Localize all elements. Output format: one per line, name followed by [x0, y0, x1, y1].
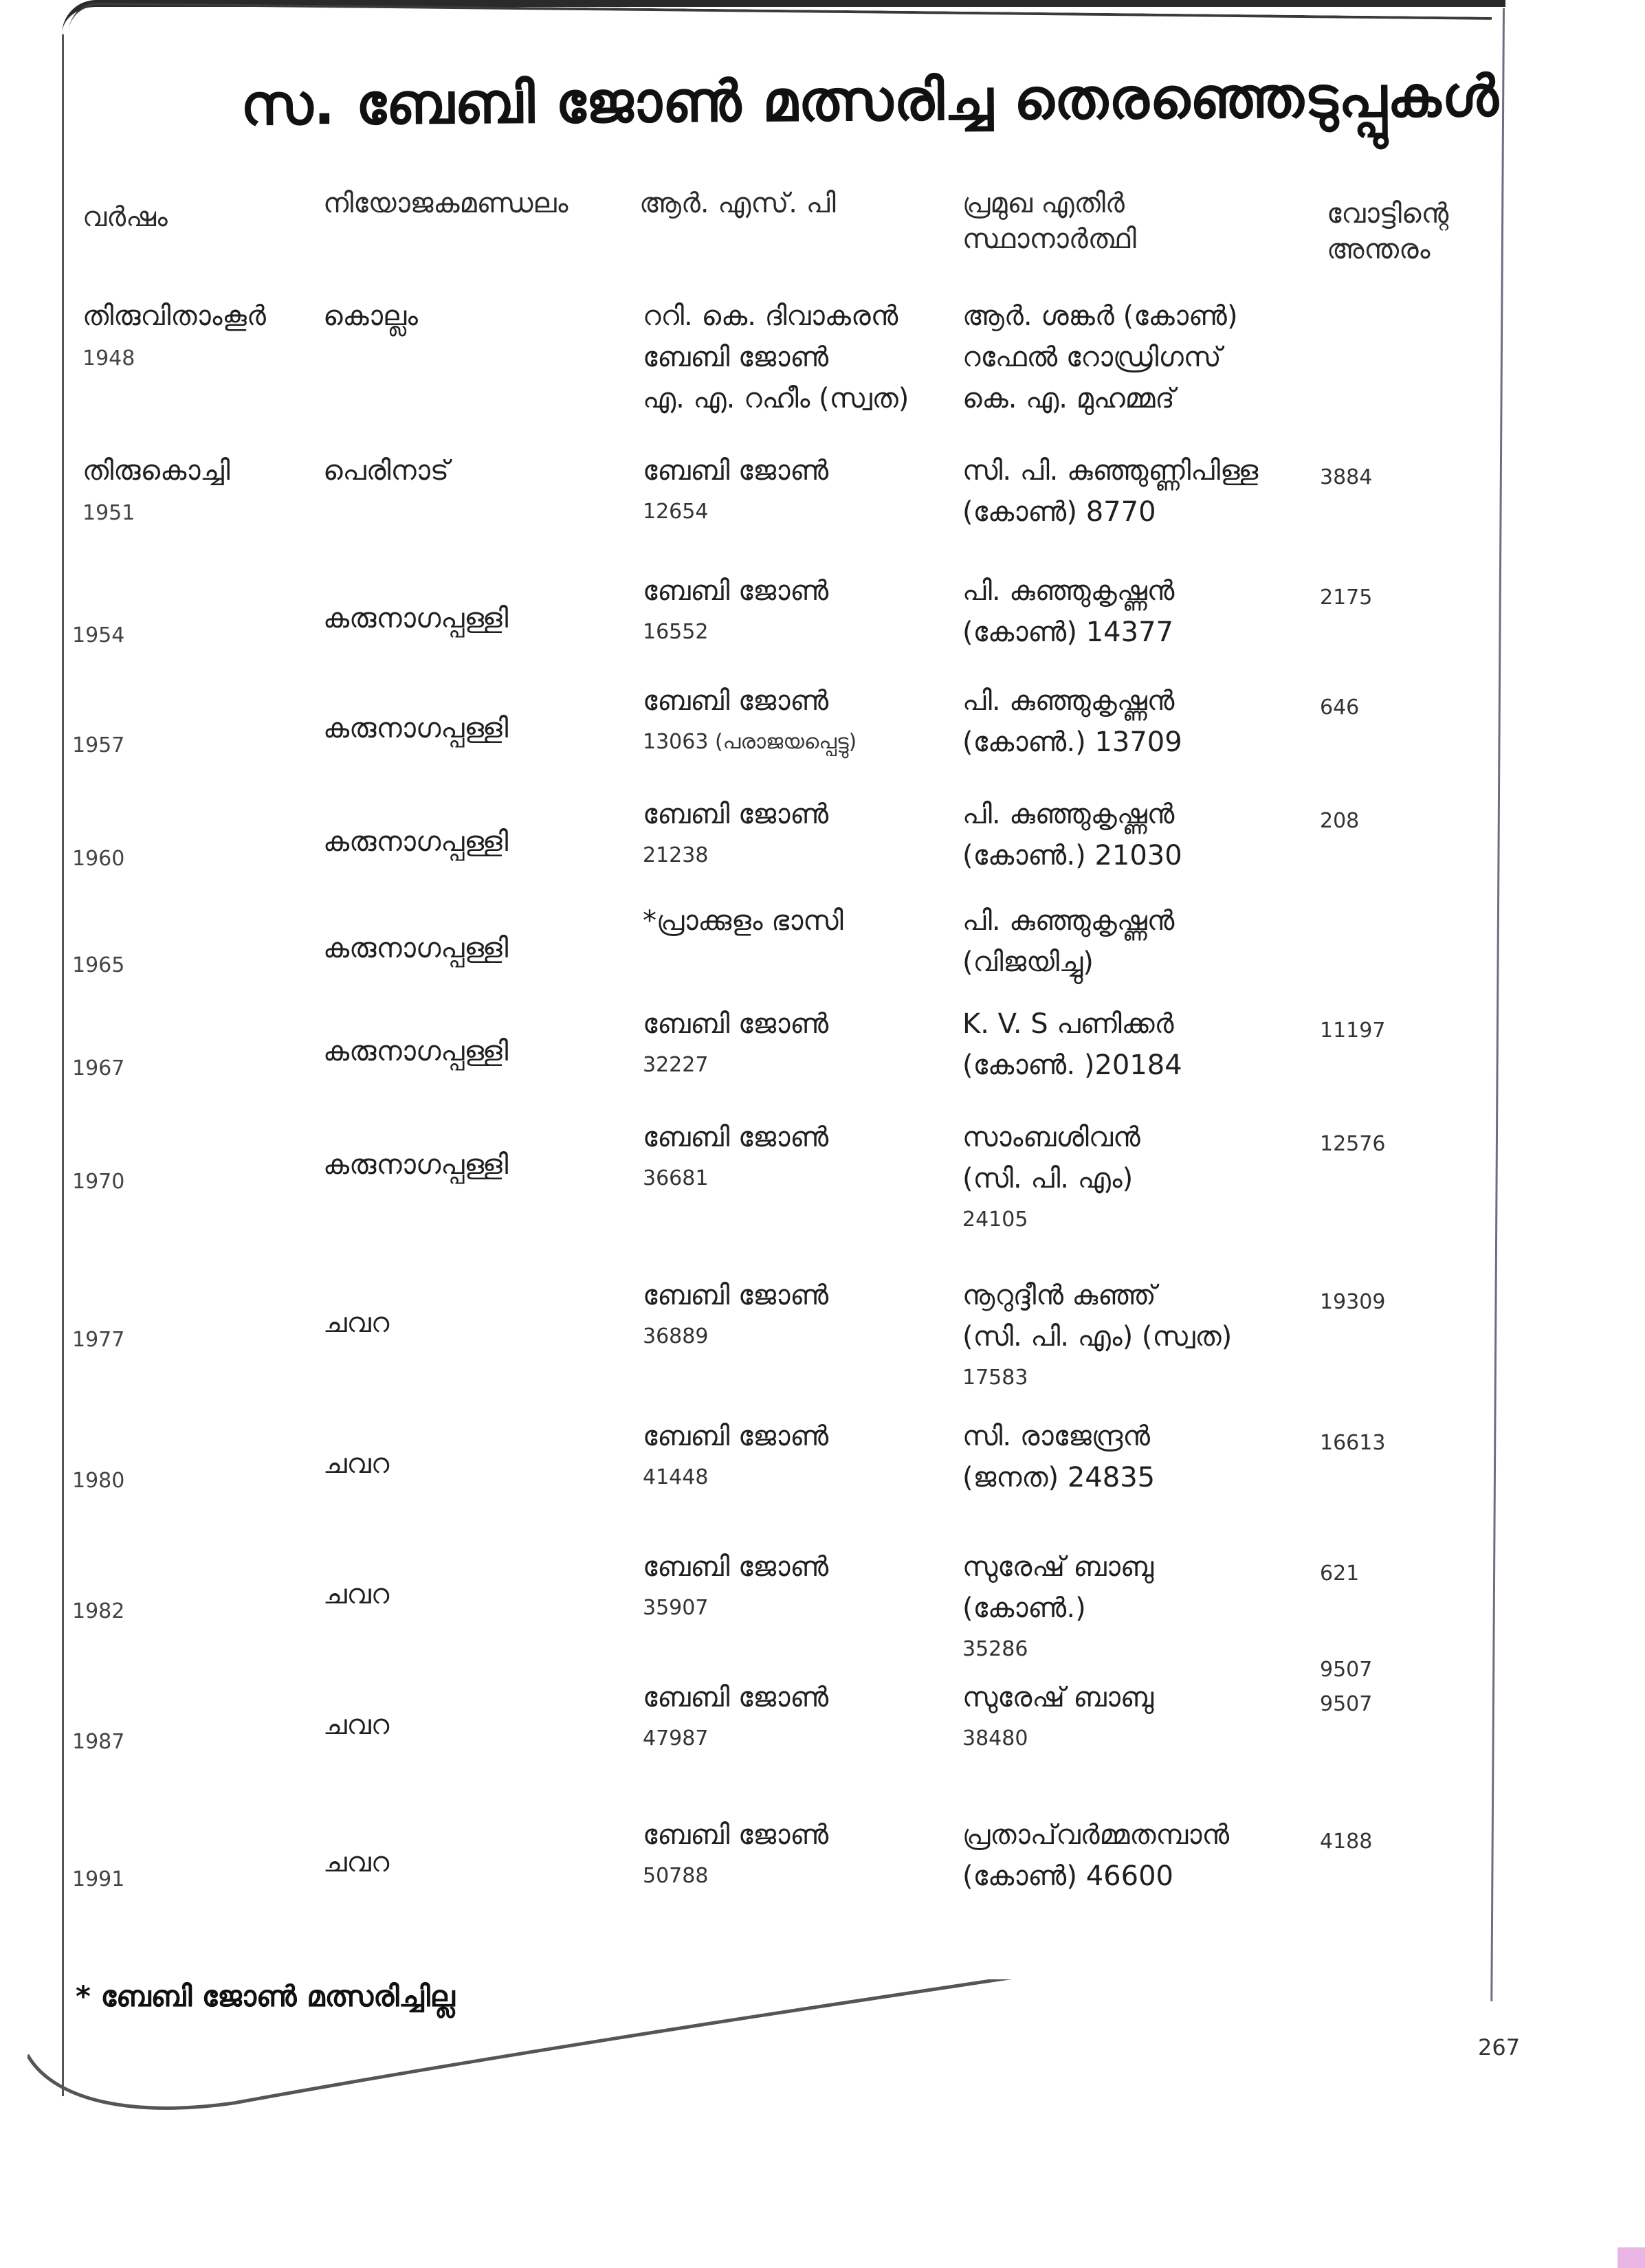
- row-opponent: പി. കുഞ്ഞുകൃഷ്ണൻ: [962, 570, 1174, 612]
- row-rsp-candidate: 36681: [643, 1158, 708, 1199]
- row-year: 1980: [72, 1460, 124, 1502]
- page-number: 267: [1478, 2034, 1520, 2060]
- row-rsp-candidate: ബേബി ജോൺ: [643, 1275, 828, 1316]
- header-constituency: നിയോജകമണ്ഡലം: [323, 186, 568, 221]
- row-year: 1987: [72, 1722, 124, 1763]
- row-year-label: തിരുവിതാംകൂർ: [82, 296, 266, 337]
- row-opponent: പി. കുഞ്ഞുകൃഷ്ണൻ: [962, 680, 1174, 722]
- row-year-label: തിരുകൊച്ചി: [82, 450, 230, 491]
- row-constituency: കരുനാഗപ്പള്ളി: [323, 821, 508, 863]
- row-rsp-candidate: 13063 (പരാജയപ്പെട്ടു): [643, 722, 857, 763]
- row-opponent: (സി. പി. എം) (സ്വത): [962, 1316, 1232, 1357]
- row-constituency: കരുനാഗപ്പള്ളി: [323, 1144, 508, 1186]
- row-constituency: ചവറ: [323, 1302, 389, 1344]
- row-opponent: 38480: [962, 1718, 1028, 1759]
- row-year: 1967: [72, 1048, 124, 1089]
- page-left-border: [62, 34, 64, 2096]
- row-year: 1965: [72, 945, 124, 986]
- row-rsp-candidate: ബേബി ജോൺ: [643, 1814, 828, 1856]
- row-year: 1977: [72, 1320, 124, 1361]
- row-opponent: സി. പി. കുഞ്ഞുണ്ണിപിള്ള: [962, 450, 1258, 491]
- page-title: സ. ബേബി ജോൺ മത്സരിച്ച തെരഞ്ഞെടുപ്പുകൾ: [241, 65, 1410, 139]
- row-rsp-candidate: ബേബി ജോൺ: [643, 337, 828, 378]
- row-opponent: (സി. പി. എം): [962, 1158, 1133, 1199]
- header-margin-line2: അന്തരം: [1327, 232, 1448, 267]
- row-opponent: പി. കുഞ്ഞുകൃഷ്ണൻ: [962, 900, 1174, 942]
- row-opponent: K. V. S പണിക്കർ: [962, 1003, 1173, 1045]
- row-rsp-candidate: 47987: [643, 1718, 708, 1759]
- row-opponent: (കോൺ.) 21030: [962, 835, 1182, 876]
- row-opponent: സി. രാജേന്ദ്രൻ: [962, 1416, 1150, 1457]
- row-margin: 11197: [1320, 1010, 1385, 1052]
- row-constituency: ചവറ: [323, 1443, 389, 1485]
- row-rsp-candidate: ബേബി ജോൺ: [643, 1546, 828, 1588]
- row-rsp-candidate: എ. എ. റഹീം (സ്വത): [643, 378, 909, 419]
- row-year: 1991: [72, 1859, 124, 1900]
- row-opponent: 24105: [962, 1199, 1028, 1241]
- row-constituency: ചവറ: [323, 1842, 389, 1883]
- row-margin: 4188: [1320, 1821, 1372, 1863]
- row-rsp-candidate: 41448: [643, 1457, 708, 1498]
- row-rsp-candidate: ബേബി ജോൺ: [643, 1416, 828, 1457]
- row-opponent: (കോൺ) 46600: [962, 1856, 1173, 1897]
- row-margin-extra: 9507: [1320, 1649, 1372, 1691]
- header-year: വർഷം: [82, 199, 168, 235]
- row-opponent: (കോൺ) 14377: [962, 612, 1173, 653]
- row-margin: 19309: [1320, 1282, 1385, 1323]
- row-rsp-candidate: ബേബി ജോൺ: [643, 1003, 828, 1045]
- row-constituency: കരുനാഗപ്പള്ളി: [323, 928, 508, 969]
- page-right-border: [1490, 8, 1505, 2001]
- row-year: 1982: [72, 1591, 124, 1632]
- header-opponent-line2: സ്ഥാനാർത്ഥി: [962, 221, 1136, 257]
- row-rsp-candidate: 16552: [643, 612, 708, 653]
- row-opponent: 35286: [962, 1629, 1028, 1670]
- row-opponent: സുരേഷ് ബാബു: [962, 1546, 1153, 1588]
- scan-artifact: [1618, 2247, 1645, 2268]
- row-opponent: പ്രതാപ്‌വർമ്മതമ്പാൻ: [962, 1814, 1229, 1856]
- row-year: 1957: [72, 725, 124, 766]
- header-margin-line1: വോട്ടിന്റെ: [1327, 196, 1448, 232]
- row-constituency: കരുനാഗപ്പള്ളി: [323, 708, 508, 749]
- row-rsp-candidate: ബേബി ജോൺ: [643, 794, 828, 835]
- row-constituency: കരുനാഗപ്പള്ളി: [323, 1031, 508, 1072]
- row-rsp-candidate: ബേബി ജോൺ: [643, 1117, 828, 1158]
- row-margin: 646: [1320, 687, 1359, 729]
- row-margin: 208: [1320, 801, 1359, 842]
- row-constituency: കരുനാഗപ്പള്ളി: [323, 598, 508, 639]
- row-opponent: ആർ. ശങ്കർ (കോൺ): [962, 296, 1238, 337]
- row-year: 1948: [82, 338, 135, 379]
- row-rsp-candidate: ററി. കെ. ദിവാകരൻ: [643, 296, 898, 337]
- header-rsp: ആർ. എസ്. പി: [639, 186, 836, 221]
- row-constituency: ചവറ: [323, 1704, 389, 1746]
- row-margin: 3884: [1320, 457, 1372, 498]
- row-rsp-candidate: 12654: [643, 491, 708, 533]
- row-rsp-candidate: 50788: [643, 1856, 708, 1897]
- row-year: 1951: [82, 493, 135, 534]
- row-margin: 2175: [1320, 577, 1372, 619]
- row-opponent: (കോൺ.): [962, 1588, 1086, 1629]
- row-year: 1954: [72, 615, 124, 656]
- row-year: 1960: [72, 838, 124, 880]
- row-rsp-candidate: *പ്രാക്കുളം ഭാസി: [643, 900, 843, 942]
- header-opponent: പ്രമുഖ എതിർ സ്ഥാനാർത്ഥി: [962, 186, 1136, 257]
- row-opponent: (ജനത) 24835: [962, 1457, 1155, 1498]
- row-rsp-candidate: 32227: [643, 1045, 708, 1086]
- row-opponent: കെ. എ. മുഹമ്മദ്: [962, 378, 1175, 419]
- row-rsp-candidate: ബേബി ജോൺ: [643, 570, 828, 612]
- row-opponent: (കോൺ. )20184: [962, 1045, 1182, 1086]
- row-opponent: സാംബശിവൻ: [962, 1117, 1140, 1158]
- row-rsp-candidate: 36889: [643, 1316, 708, 1357]
- row-constituency: ചവറ: [323, 1574, 389, 1615]
- row-rsp-candidate: ബേബി ജോൺ: [643, 1677, 828, 1718]
- footnote: * ബേബി ജോൺ മത്സരിച്ചില്ല: [76, 1979, 455, 2014]
- row-year: 1970: [72, 1161, 124, 1203]
- row-margin: 12576: [1320, 1124, 1385, 1165]
- row-opponent: (കോൺ) 8770: [962, 491, 1156, 533]
- row-opponent: റഫേൽ റോഡ്രിഗസ്: [962, 337, 1222, 378]
- header-opponent-line1: പ്രമുഖ എതിർ: [962, 186, 1136, 221]
- row-margin: 16613: [1320, 1423, 1385, 1464]
- row-opponent: പി. കുഞ്ഞുകൃഷ്ണൻ: [962, 794, 1174, 835]
- row-rsp-candidate: ബേബി ജോൺ: [643, 680, 828, 722]
- row-opponent: (കോൺ.) 13709: [962, 722, 1182, 763]
- row-opponent: സുരേഷ് ബാബു: [962, 1677, 1153, 1718]
- row-constituency: കൊല്ലം: [323, 296, 418, 337]
- row-margin: 621: [1320, 1553, 1359, 1594]
- row-rsp-candidate: ബേബി ജോൺ: [643, 450, 828, 491]
- row-opponent: (വിജയിച്ചു): [962, 942, 1094, 983]
- row-constituency: പെരിനാട്: [323, 450, 449, 491]
- row-opponent: നൂറുദ്ദീൻ കുഞ്ഞ്: [962, 1275, 1156, 1316]
- row-rsp-candidate: 21238: [643, 835, 708, 876]
- row-rsp-candidate: 35907: [643, 1588, 708, 1629]
- row-opponent: 17583: [962, 1357, 1028, 1399]
- header-margin: വോട്ടിന്റെ അന്തരം: [1327, 196, 1448, 267]
